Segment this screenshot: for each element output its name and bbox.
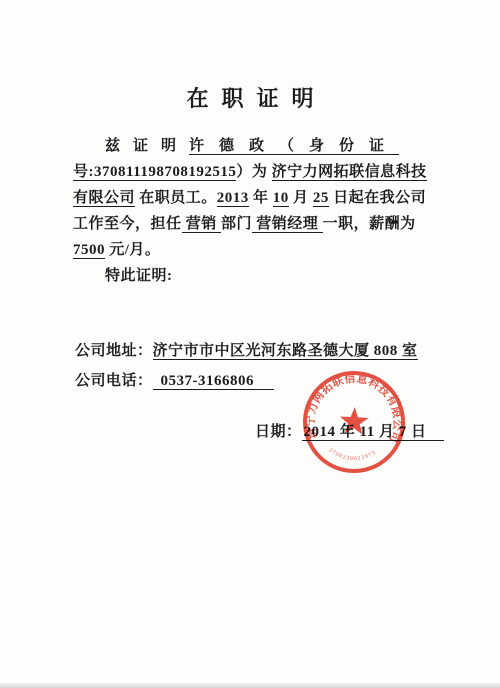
svg-text:3708220023973: 3708220023973 <box>327 447 378 463</box>
department-field: 营销 <box>182 216 222 233</box>
body-text: 一职，薪酬为 <box>323 216 416 232</box>
date-label: 日期： <box>255 424 302 440</box>
body-line-2: 号:370811198708192515）为 济宁力网拓联信息科技 <box>73 159 425 185</box>
certificate-page: 在职证明 兹证明许德政（身份证 号:370811198708192515）为 济… <box>0 0 500 688</box>
start-year-field: 2013 <box>217 190 249 207</box>
phone-line: 公司电话：0537-3166806 <box>75 366 418 396</box>
body-line-3: 有限公司 在职员工。2013 年 10 月 25 日起在我公司 <box>73 185 425 211</box>
phone-label: 公司电话： <box>75 373 153 389</box>
position-field: 营销经理 <box>252 216 323 233</box>
date-line: 日期：2014 年 11 月 7 日 <box>255 419 444 445</box>
closing-line: 特此证明: <box>73 263 425 289</box>
address-label: 公司地址： <box>75 343 153 359</box>
id-number-field: 号:370811198708192515 <box>73 164 236 181</box>
page-title: 在职证明 <box>0 82 500 113</box>
body-line-4: 工作至今，担任 营销 部门 营销经理 一职，薪酬为 <box>73 211 425 237</box>
salary-field: 7500 <box>73 242 105 259</box>
body-text: 月 <box>289 190 313 206</box>
certificate-body: 兹证明许德政（身份证 号:370811198708192515）为 济宁力网拓联… <box>73 133 425 289</box>
start-month-field: 10 <box>273 190 289 207</box>
company-name-field: 济宁力网拓联信息科技 <box>272 164 427 181</box>
body-text: 元/月。 <box>105 242 160 258</box>
seal-serial-number: 3708220023973 <box>327 447 378 463</box>
start-day-field: 25 <box>313 190 329 207</box>
address-field: 济宁市市中区光河东路圣德大厦 808 室 <box>153 343 418 360</box>
body-line-1: 兹证明许德政（身份证 <box>73 133 425 159</box>
address-line: 公司地址：济宁市市中区光河东路圣德大厦 808 室 <box>75 336 418 366</box>
employee-name-field: 许德政（身份证 <box>189 138 399 155</box>
body-text: 日起在我公司 <box>329 190 426 206</box>
body-text: ）为 <box>236 164 271 180</box>
company-name-field-2: 有限公司 <box>73 190 135 207</box>
body-text: 工作至今，担任 <box>73 216 182 232</box>
body-text: 在职员工。 <box>135 190 217 206</box>
body-text: 部门 <box>221 216 252 232</box>
contact-block: 公司地址：济宁市市中区光河东路圣德大厦 808 室 公司电话：0537-3166… <box>75 336 418 396</box>
body-line-5: 7500 元/月。 <box>73 237 425 263</box>
salutation-text: 兹证明 <box>105 138 189 154</box>
body-text: 年 <box>249 190 273 206</box>
phone-field: 0537-3166806 <box>153 373 275 390</box>
scan-edge-shadow <box>0 683 500 688</box>
date-field: 2014 年 11 月 7 日 <box>302 424 445 441</box>
